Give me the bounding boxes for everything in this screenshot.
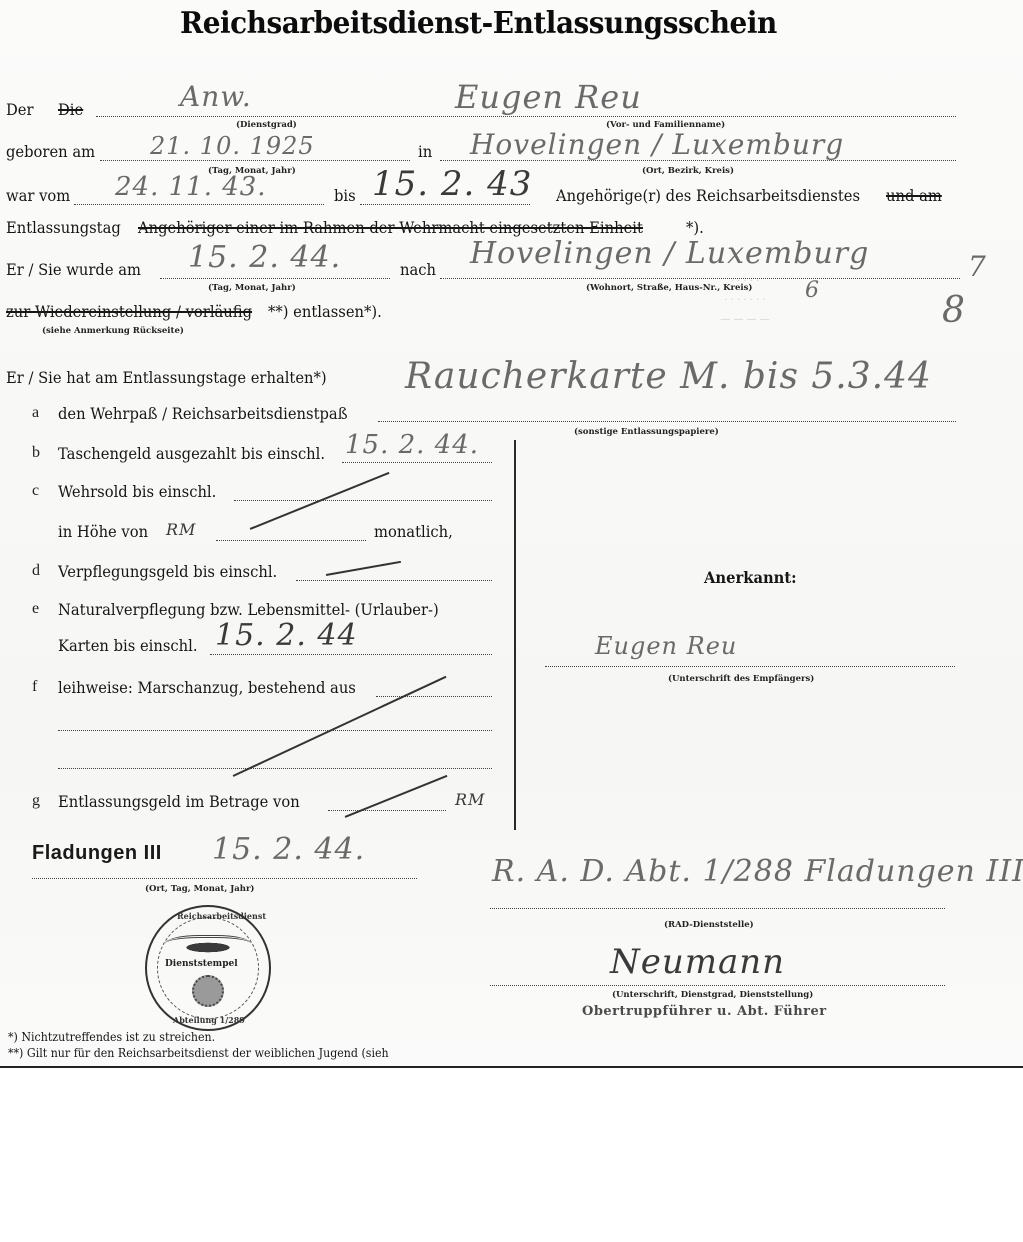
issue-place-date-caption: (Ort, Tag, Monat, Jahr) [145,884,254,894]
note-reference: (siehe Anmerkung Rückseite) [42,326,184,336]
name-handwritten: Eugen Reu [455,78,642,116]
officer-signature-line [490,985,945,986]
to-label: nach [400,260,436,279]
item-a-caption: (sonstige Entlassungspapiere) [574,427,719,437]
item-c2-field-line [216,540,366,541]
born-place-caption: (Ort, Bezirk, Kreis) [642,166,734,176]
until-date-handwritten: 15. 2. 43 [372,164,532,204]
recipient-signature-caption: (Unterschrift des Empfängers) [668,674,814,684]
struck-text-wehrmacht-unit: Angehöriger einer im Rahmen der Wehrmach… [138,218,643,237]
officer-signature-handwritten: Neumann [610,942,785,982]
acknowledged-heading: Anerkannt: [704,568,797,587]
footnote-2-text: Gilt nur für den Reichsarbeitsdienst der… [27,1046,389,1060]
born-label: geboren am [6,142,95,161]
line2-suffix: *). [686,218,704,237]
item-d-letter: d [32,562,40,580]
wreath-emblem-icon [192,975,224,1007]
item-b-letter: b [32,444,40,462]
die-label-struck: Die [58,100,83,119]
rank-name-field-line [96,116,956,117]
item-a-label: den Wehrpaß / Reichsarbeitsdienstpaß [58,404,348,423]
born-in-label: in [418,142,432,161]
item-f-field-line-1 [376,696,492,697]
item-c-letter: c [32,482,39,500]
item-d-cancel-stroke [326,561,401,576]
footnote-2-marker: **) [8,1046,23,1060]
item-g-letter: g [32,792,40,810]
recipient-signature-line [545,666,955,667]
stamp-ring-text-top: Reichsarbeitsdienst [177,911,266,921]
footnote-1-marker: *) [8,1030,18,1044]
item-f-field-line-3 [58,768,492,769]
item-c2-suffix: monatlich, [374,522,453,541]
page-fold-divider [0,1066,1023,1068]
officer-signature-caption: (Unterschrift, Dienstgrad, Dienststellun… [612,990,813,1000]
issue-place-date-line [32,878,417,879]
was-from-label: war vom [6,186,70,205]
received-heading: Er / Sie hat am Entlassungstage erhalten… [6,368,327,387]
item-f-label: leihweise: Marschanzug, bestehend aus [58,678,356,697]
item-c-label: Wehrsold bis einschl. [58,482,216,501]
faint-background-stamp: · · · · ·· · · · · · ·— — — — [670,268,820,368]
stamp-ring-text-bottom: Abteilung 1/289 [173,1015,245,1025]
item-a-letter: a [32,404,39,422]
rank-caption: (Dienstgrad) [236,120,297,130]
item-b-handwritten: 15. 2. 44. [345,430,479,460]
footnote-2: **) Gilt nur für den Reichsarbeitsdienst… [8,1046,389,1060]
rad-unit-line [490,908,945,909]
margin-mark-8: 8 [942,290,966,331]
item-f-letter: f [32,678,37,696]
item-e-sublabel: Karten bis einschl. [58,636,198,655]
discharged-label: Er / Sie wurde am [6,260,141,279]
stamp-center-text: Dienststempel [165,959,238,969]
item-e-label: Naturalverpflegung bzw. Lebensmittel- (U… [58,600,439,619]
item-e-letter: e [32,600,39,618]
scanned-document-page: Reichsarbeitsdienst-Entlassungsschein De… [0,0,1023,1242]
der-label: Der [6,100,34,119]
struck-text-und-am: und am [886,186,942,205]
rad-unit-caption: (RAD-Dienststelle) [664,920,754,930]
item-a-field-line [378,421,956,422]
item-c-field-line [234,500,492,501]
struck-text-reinstatement: zur Wiedereinstellung / vorläufig [6,302,252,321]
born-date-handwritten: 21. 10. 1925 [150,132,315,160]
until-label: bis [334,186,356,205]
discharged-date-field-line [160,278,390,279]
item-e-handwritten: 15. 2. 44 [215,618,358,653]
recipient-signature-handwritten: Eugen Reu [595,632,737,660]
from-date-handwritten: 24. 11. 43. [115,172,267,202]
discharged-date-caption: (Tag, Monat, Jahr) [208,283,296,293]
issue-place-typed: Fladungen III [32,842,162,865]
item-b-label: Taschengeld ausgezahlt bis einschl. [58,444,325,463]
item-a-handwritten: Raucherkarte M. bis 5.3.44 [405,356,932,397]
born-date-field-line [100,160,410,161]
line2-prefix: Entlassungstag [6,218,121,237]
discharged-date-handwritten: 15. 2. 44. [188,240,341,275]
discharged-to-handwritten: Hovelingen / Luxemburg [470,236,869,271]
member-text: Angehörige(r) des Reichsarbeitsdienstes [556,186,860,205]
rad-unit-handwritten: R. A. D. Abt. 1/288 Fladungen III [492,854,1023,889]
item-g-currency: RM [455,790,485,809]
from-date-field-line [74,204,324,205]
official-stamp: Reichsarbeitsdienst Dienststempel Abteil… [145,905,271,1031]
footnote-1: *) Nichtzutreffendes ist zu streichen. [8,1030,215,1044]
item-c2-label: in Höhe von [58,522,148,541]
item-f-field-line-2 [58,730,492,731]
item-d-field-line [296,580,492,581]
item-g-cancel-stroke [345,775,448,818]
item-g-label: Entlassungsgeld im Betrage von [58,792,300,811]
margin-mark-7: 7 [968,250,987,283]
officer-rank-stamp: Obertruppführer u. Abt. Führer [582,1004,827,1019]
column-divider [514,440,516,830]
document-title: Reichsarbeitsdienst-Entlassungsschein [180,6,777,41]
item-e-field-line [210,654,492,655]
rank-handwritten: Anw. [180,80,252,113]
item-d-label: Verpflegungsgeld bis einschl. [58,562,277,581]
eagle-emblem-icon [165,935,251,957]
item-b-field-line [342,462,492,463]
item-g-field-line [328,810,446,811]
until-date-field-line [360,204,530,205]
discharge-suffix: **) entlassen*). [268,302,382,321]
issue-date-handwritten: 15. 2. 44. [212,832,365,867]
item-c2-currency: RM [166,520,196,539]
born-place-handwritten: Hovelingen / Luxemburg [470,128,844,161]
footnote-1-text: Nichtzutreffendes ist zu streichen. [21,1030,215,1044]
